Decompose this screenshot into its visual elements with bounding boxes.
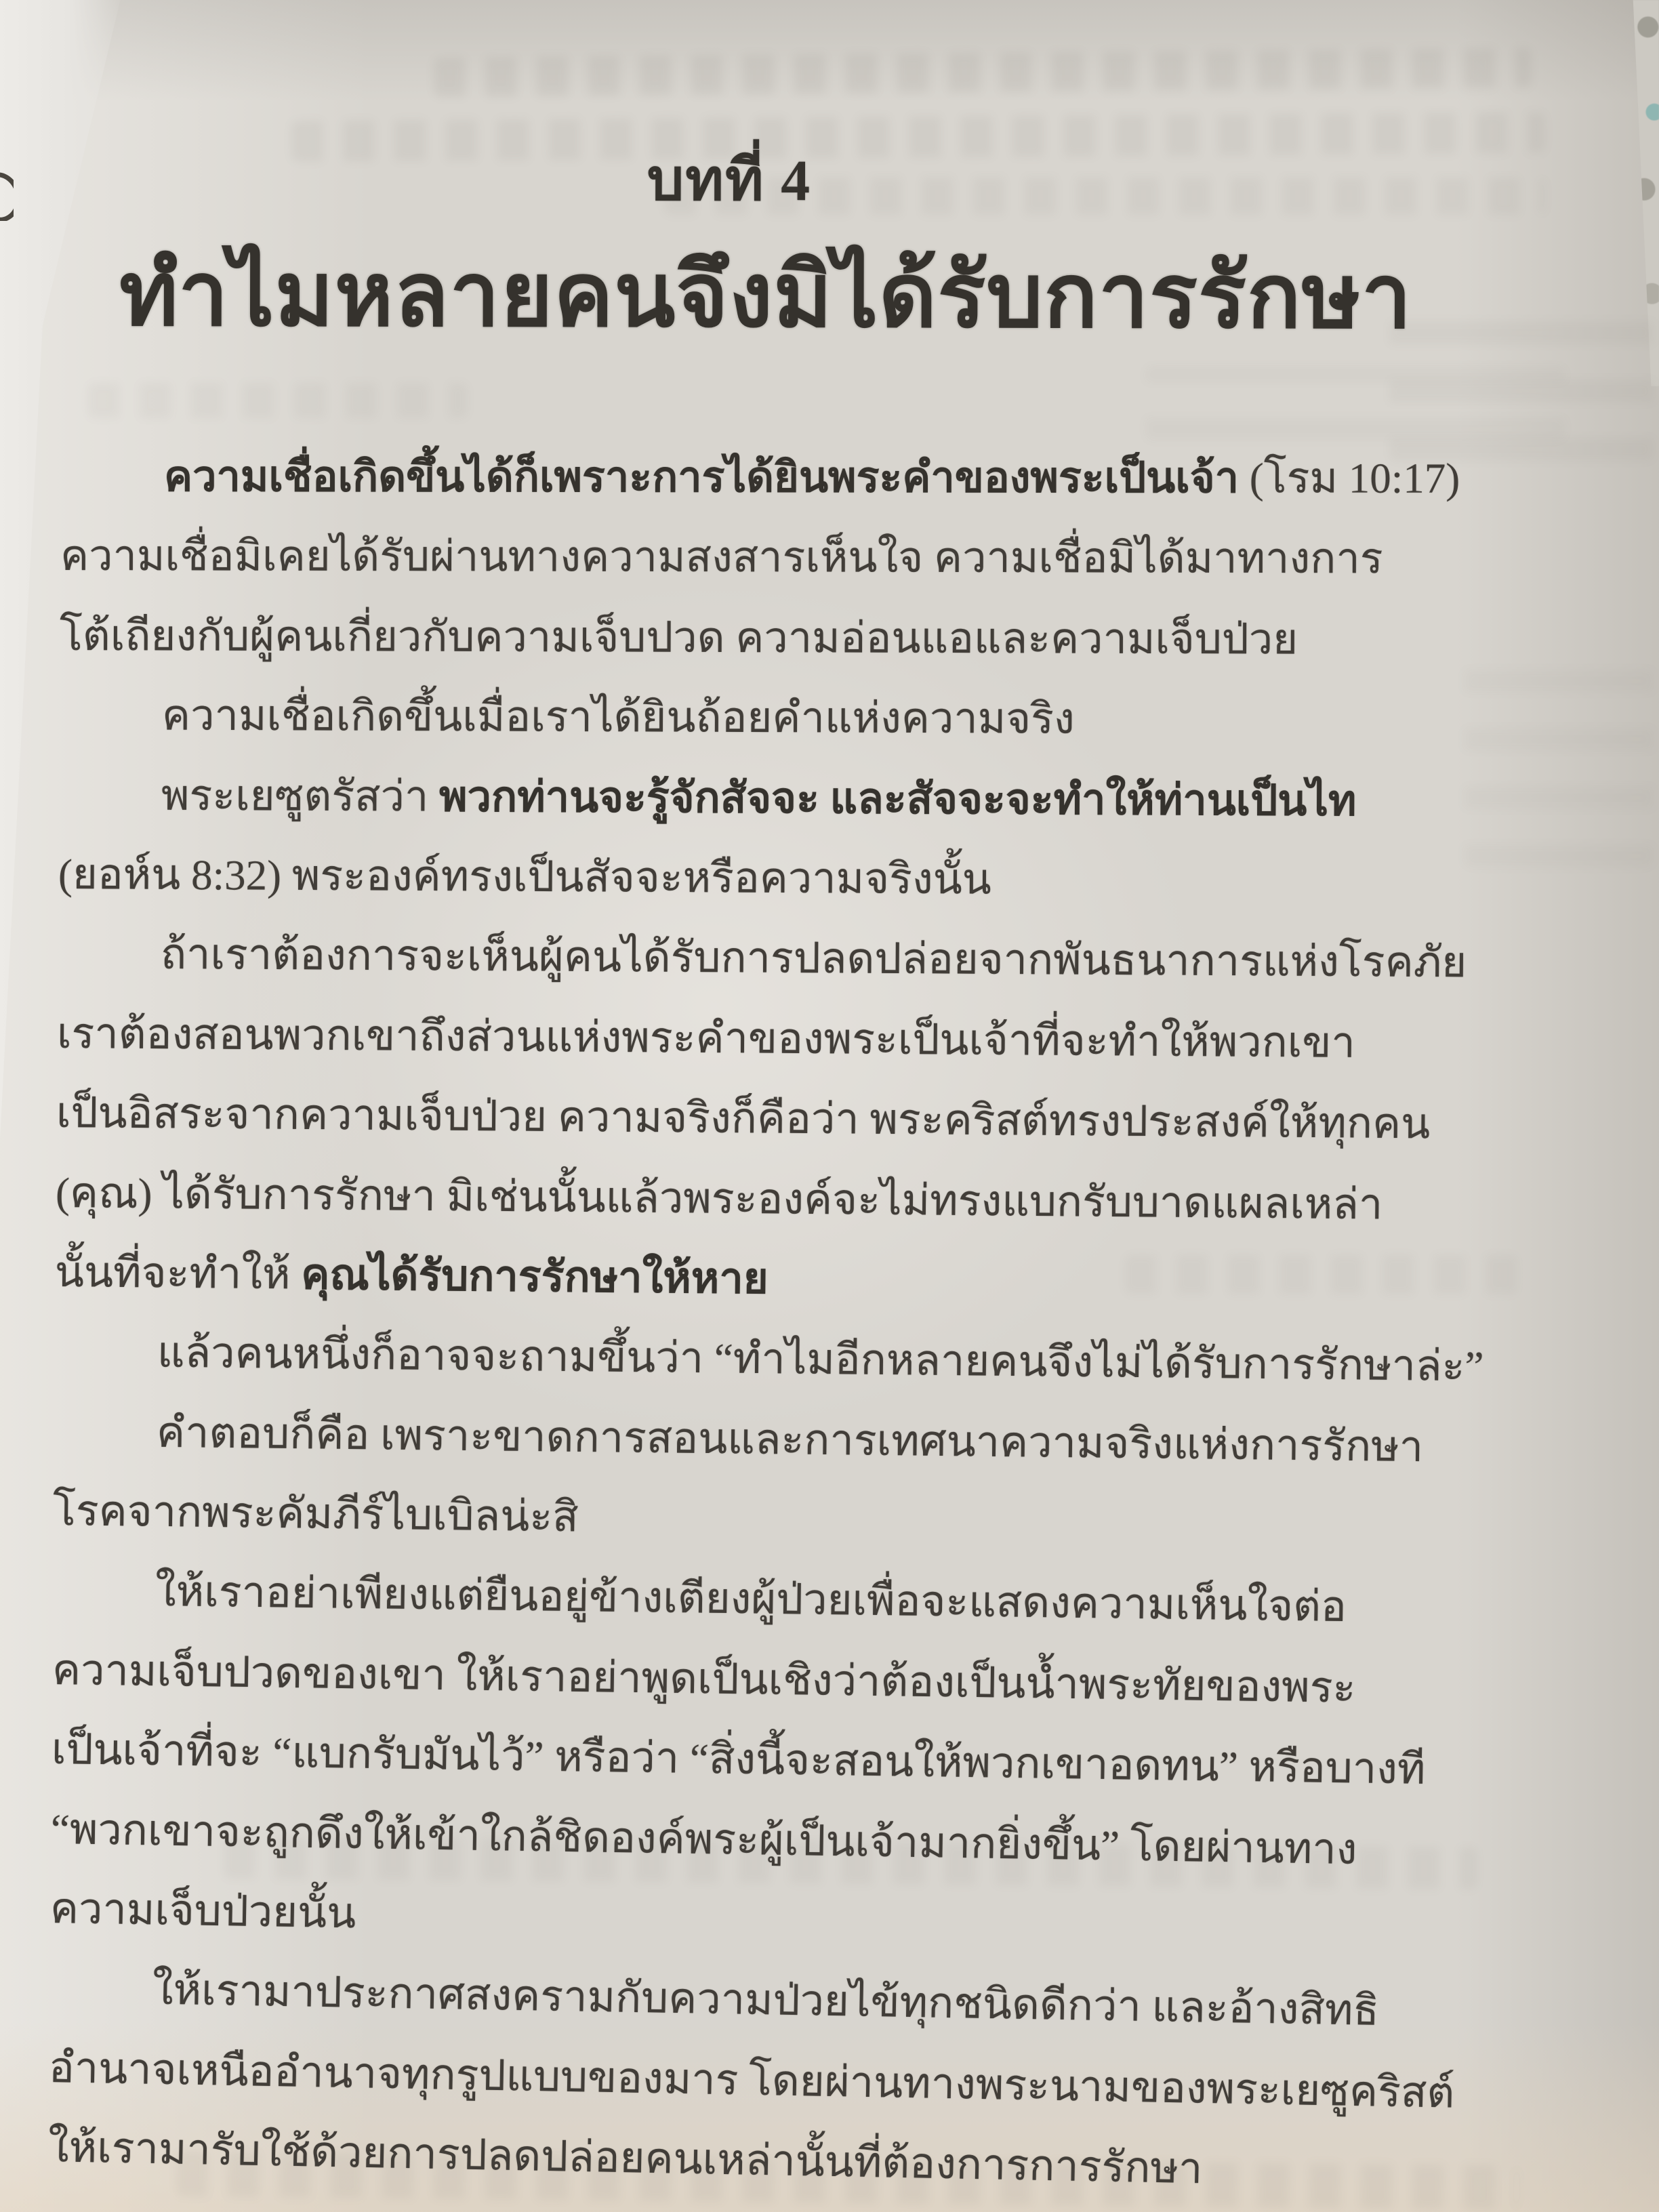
text-segment: พวกท่านจะรู้จักสัจจะ และสัจจะจะทำให้ท่าน… [439,773,1357,824]
text-segment: ความเจ็บปวดของเขา ให้เราอย่าพูดเป็นเชิงว… [52,1646,1355,1712]
book-page-photo: { "page": { "colors": { "paper": "#d8d5c… [0,0,1659,2212]
text-segment: “พวกเขาจะถูกดึงให้เข้าใกล้ชิดองค์พระผู้เ… [50,1805,1357,1873]
text-segment: ให้เรามาประกาศสงครามกับความป่วยไข้ทุกชนิ… [152,1966,1379,2034]
text-segment: (โรม 10:17) [1250,454,1460,501]
text-segment: คำตอบก็คือ เพราะขาดการสอนและการเทศนาความ… [157,1408,1424,1470]
text-segment: ความเชื่อเกิดขึ้นเมื่อเราได้ยินถ้อยคำแห่… [162,692,1075,743]
text-segment: พระเยซูตรัสว่า [161,771,439,820]
text-segment: ให้เราอย่าเพียงแต่ยืนอยู่ข้างเตียงผู้ป่ว… [155,1568,1347,1631]
text-line: (คุณ) ได้รับการรักษา มิเช่นนั้นแล้วพระอง… [55,1153,1498,1246]
text-segment: แล้วคนหนึ่งก็อาจจะถามขึ้นว่า “ทำไมอีกหลา… [157,1329,1484,1391]
text-line: ความเชื่อเกิดขึ้นเมื่อเราได้ยินถ้อยคำแห่… [59,676,1498,761]
page-body: ความเชื่อเกิดขึ้นได้ก็เพราะการได้ยินพระค… [61,437,1498,2199]
text-segment: (ยอห์น 8:32) พระองค์ทรงเป็นสัจจะหรือความ… [58,851,991,903]
text-segment: โต้เถียงกับผู้คนเกี่ยวกับความเจ็บปวด ควา… [60,612,1298,663]
text-segment: ความเชื่อมิเคยได้รับผ่านทางความสงสารเห็น… [60,532,1383,582]
text-segment: ให้เรามารับใช้ด้วยการปลดปล่อยคนเหล่านั้น… [47,2123,1203,2192]
text-segment: คุณได้รับการรักษาให้หาย [301,1250,769,1303]
text-line: แล้วคนหนึ่งก็อาจจะถามขึ้นว่า “ทำไมอีกหลา… [54,1312,1498,1407]
page-content: บทที่ 4 ทำไมหลายคนจึงมิได้รับการรักษา คว… [0,0,1659,2212]
text-segment: โรคจากพระคัมภีร์ไบเบิลน่ะสิ [53,1487,579,1541]
text-segment: ความเจ็บป่วยนั้น [49,1885,356,1937]
photo-surface: บทที่ 4 ทำไมหลายคนจึงมิได้รับการรักษา คว… [0,0,1659,2212]
text-segment: นั้นที่จะทำให้ [55,1248,302,1298]
text-line: เราต้องสอนพวกเขาถึงส่วนแห่งพระคำของพระเป… [56,994,1498,1084]
text-line: ความเชื่อเกิดขึ้นได้ก็เพราะการได้ยินพระค… [61,437,1498,518]
text-line: ถ้าเราต้องการจะเห็นผู้คนได้รับการปลดปล่อ… [57,914,1498,1003]
text-segment: อำนาจเหนืออำนาจทุกรูปแบบของมาร โดยผ่านทา… [48,2044,1455,2117]
text-line: ความเชื่อมิเคยได้รับผ่านทางความสงสารเห็น… [60,516,1498,599]
text-line: (ยอห์น 8:32) พระองค์ทรงเป็นสัจจะหรือความ… [58,835,1498,922]
text-segment: เราต้องสอนพวกเขาถึงส่วนแห่งพระคำของพระเป… [56,1010,1355,1067]
text-line: เป็นอิสระจากความเจ็บป่วย ความจริงก็คือว่… [56,1073,1498,1165]
text-line: นั้นที่จะทำให้ คุณได้รับการรักษาให้หาย [54,1233,1498,1326]
text-segment: เป็นอิสระจากความเจ็บป่วย ความจริงก็คือว่… [56,1089,1431,1147]
text-line: โต้เถียงกับผู้คนเกี่ยวกับความเจ็บปวด ควา… [60,596,1498,680]
text-segment: (คุณ) ได้รับการรักษา มิเช่นนั้นแล้วพระอง… [56,1169,1383,1228]
text-segment: เป็นเจ้าที่จะ “แบกรับมันไว้” หรือว่า “สิ… [51,1725,1425,1793]
text-line: พระเยซูตรัสว่า พวกท่านจะรู้จักสัจจะ และส… [58,756,1498,842]
text-segment: ถ้าเราต้องการจะเห็นผู้คนได้รับการปลดปล่อ… [160,930,1467,986]
chapter-heading: บทที่ 4 [0,131,1559,227]
page-title: ทำไมหลายคนจึงมิได้รับการรักษา [61,222,1471,367]
text-segment: ความเชื่อเกิดขึ้นได้ก็เพราะการได้ยินพระค… [164,453,1250,501]
